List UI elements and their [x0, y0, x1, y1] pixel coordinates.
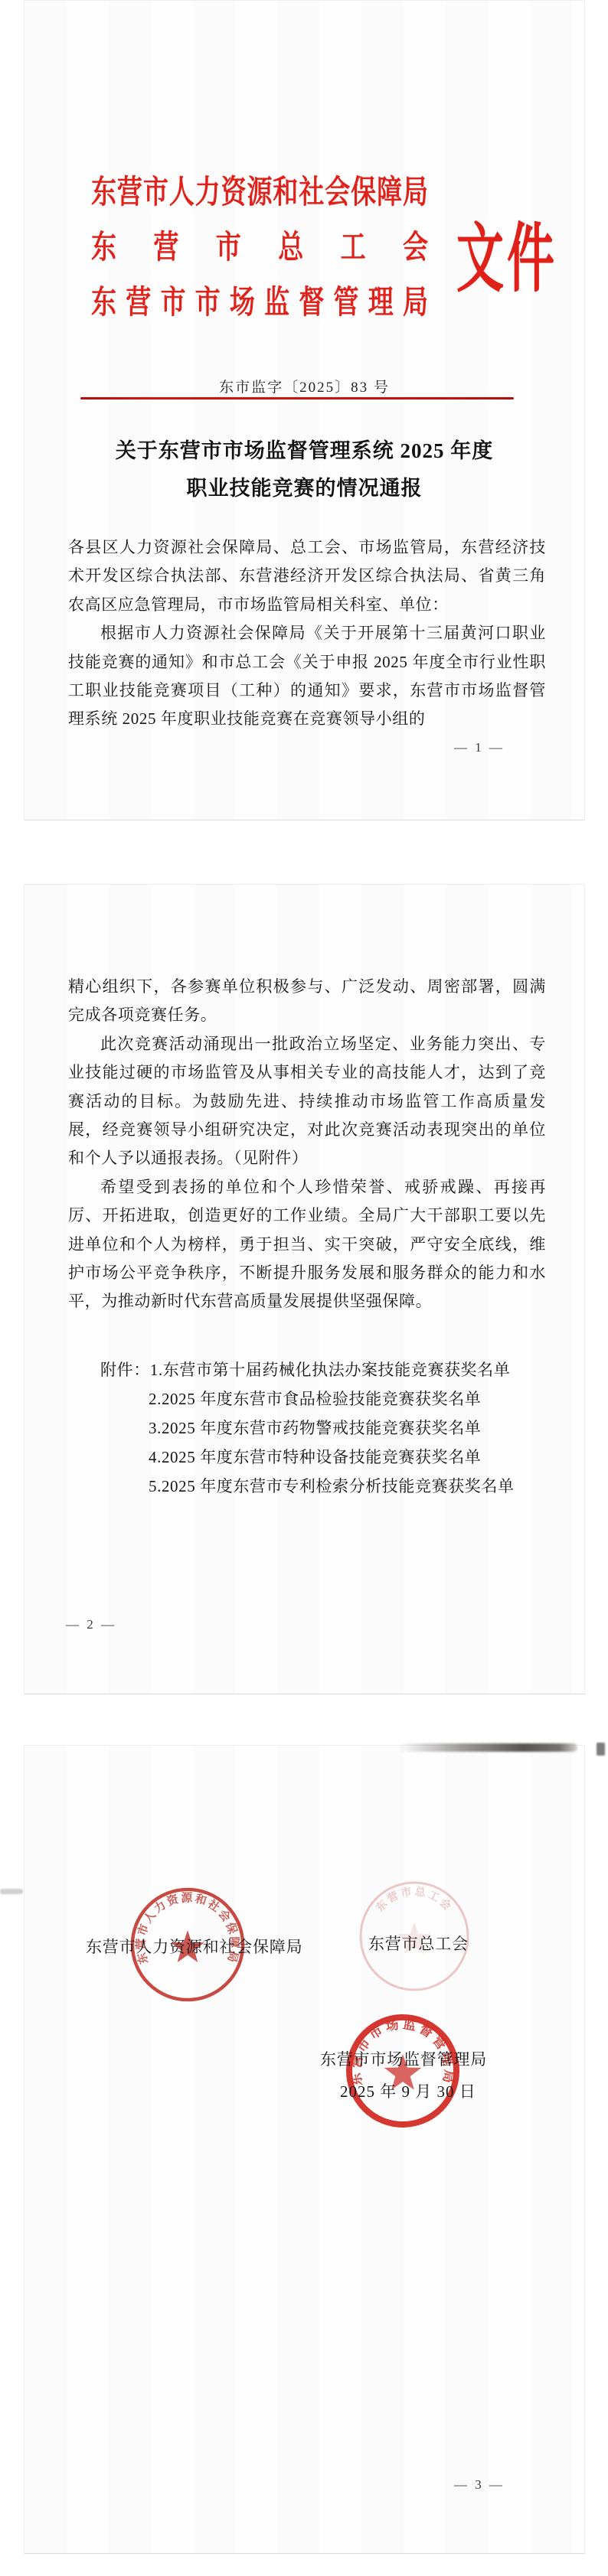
body-paragraph-1: 根据市人力资源社会保障局《关于开展第十三届黄河口职业技能竞赛的通知》和市总工会《…: [68, 619, 546, 734]
scan-artifact-left-dash: [0, 1889, 23, 1894]
attachments-label: 附件：: [100, 1361, 150, 1379]
signer-trade-union: 东营市总工会: [368, 1932, 469, 1955]
attachment-item-2: 2.2025 年度东营市食品检验技能竞赛获奖名单: [100, 1384, 515, 1414]
attachment-item-5: 5.2025 年度东营市专利检索分析技能竞赛获奖名单: [100, 1472, 515, 1501]
scan-artifact-corner: [597, 1743, 605, 1756]
official-seal-market-supervision-graphic: 东营市市场监督管理局: [342, 2010, 464, 2132]
letterhead-agency-3: 东营市市场监督管理局: [91, 275, 428, 344]
page-2: 精心组织下，各参赛单位积极参与、广泛发动、周密部署，圆满完成各项竞赛任务。 此次…: [24, 884, 585, 1694]
document-title-line2: 职业技能竞赛的情况通报: [25, 470, 584, 507]
scan-artifact-streak: [398, 1743, 577, 1752]
red-divider-line: [80, 397, 514, 399]
page1-number: — 1 —: [454, 740, 505, 755]
body-paragraph-3: 希望受到表扬的单位和个人珍惜荣誉、戒骄戒躁、再接再厉、开拓进取，创造更好的工作业…: [68, 1173, 546, 1316]
page1-body: 各县区人力资源社会保障局、总工会、市场监管局，东营经济技术开发区综合执法部、东营…: [68, 533, 546, 734]
scanned-official-document: 东营市人力资源和社会保障局 东营市总工会 东营市市场监督管理局 文件 东市监字〔…: [0, 0, 608, 2576]
body-paragraph-1-continuation: 精心组织下，各参赛单位积极参与、广泛发动、周密部署，圆满完成各项竞赛任务。: [68, 973, 546, 1030]
body-paragraph-2: 此次竞赛活动涌现出一批政治立场坚定、业务能力突出、专业技能过硬的市场监管及从事相…: [68, 1030, 546, 1173]
page2-number: — 2 —: [66, 1617, 116, 1632]
document-title: 关于东营市市场监督管理系统 2025 年度 职业技能竞赛的情况通报: [25, 432, 584, 507]
attachment-item-1-text: 1.东营市第十届药械化执法办案技能竞赛获奖名单: [150, 1361, 511, 1379]
page2-body: 精心组织下，各参赛单位积极参与、广泛发动、周密部署，圆满完成各项竞赛任务。 此次…: [68, 973, 546, 1316]
signer-hr-bureau: 东营市人力资源和社会保障局: [86, 1935, 302, 1958]
signature-date: 2025 年 9 月 30 日: [340, 2079, 476, 2102]
salutation-paragraph: 各县区人力资源社会保障局、总工会、市场监管局，东营经济技术开发区综合执法部、东营…: [68, 533, 546, 619]
attachment-item-3: 3.2025 年度东营市药物警戒技能竞赛获奖名单: [100, 1414, 515, 1443]
page-1: 东营市人力资源和社会保障局 东营市总工会 东营市市场监督管理局 文件 东市监字〔…: [24, 0, 585, 820]
document-number: 东市监字〔2025〕83 号: [25, 376, 584, 396]
page3-number: — 3 —: [454, 2477, 505, 2493]
signer-market-supervision: 东营市市场监督管理局: [320, 2047, 487, 2070]
page-3: 东营市人力资源和社会保障局 东营市总工会 东营市市场监督管理: [24, 1745, 585, 2554]
attachment-item-4: 4.2025 年度东营市特种设备技能竞赛获奖名单: [100, 1443, 515, 1472]
document-title-line1: 关于东营市市场监督管理系统 2025 年度: [25, 432, 584, 470]
attachment-item-1: 附件：1.东营市第十届药械化执法办案技能竞赛获奖名单: [100, 1355, 515, 1384]
svg-text:东营市总工会: 东营市总工会: [374, 1885, 456, 1914]
letterhead: 东营市人力资源和社会保障局 东营市总工会 东营市市场监督管理局: [91, 174, 428, 339]
attachments-list: 附件：1.东营市第十届药械化执法办案技能竞赛获奖名单 2.2025 年度东营市食…: [100, 1355, 515, 1501]
official-seal-market-supervision: 东营市市场监督管理局: [342, 2010, 464, 2132]
letterhead-doc-type: 文件: [442, 179, 572, 324]
